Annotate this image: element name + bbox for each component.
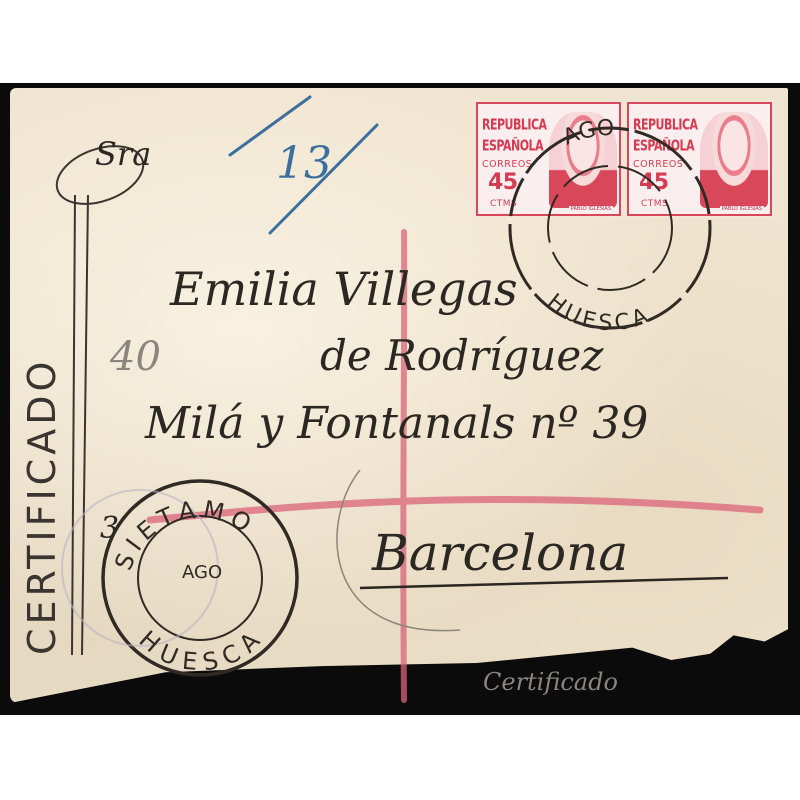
stamp-portrait-caption: PABLO IGLESIAS	[569, 206, 613, 212]
stamp-value: 45	[488, 170, 518, 195]
stamp-unit: CTMS	[490, 199, 517, 209]
portrait-icon	[700, 112, 768, 208]
stamp-country-line1: REPUBLICA	[482, 116, 547, 134]
portrait-icon	[549, 112, 617, 208]
stamp-country-line1: REPUBLICA	[633, 116, 698, 134]
stamp-unit: CTMS	[641, 199, 668, 209]
stamp-service: CORREOS	[482, 159, 532, 170]
stamp-45-ctms: REPUBLICA ESPAÑOLA CORREOS 45 CTMS PABLO…	[627, 102, 772, 216]
stamp-pair: REPUBLICA ESPAÑOLA CORREOS 45 CTMS PABLO…	[473, 100, 775, 218]
stamp-value: 45	[639, 170, 669, 195]
stamp-portrait-caption: PABLO IGLESIAS	[720, 206, 764, 212]
stamp-country-line2: ESPAÑOLA	[482, 137, 543, 155]
stamp-service: CORREOS	[633, 159, 683, 170]
stamp-45-ctms: REPUBLICA ESPAÑOLA CORREOS 45 CTMS PABLO…	[476, 102, 621, 216]
stamp-country-line2: ESPAÑOLA	[633, 137, 694, 155]
